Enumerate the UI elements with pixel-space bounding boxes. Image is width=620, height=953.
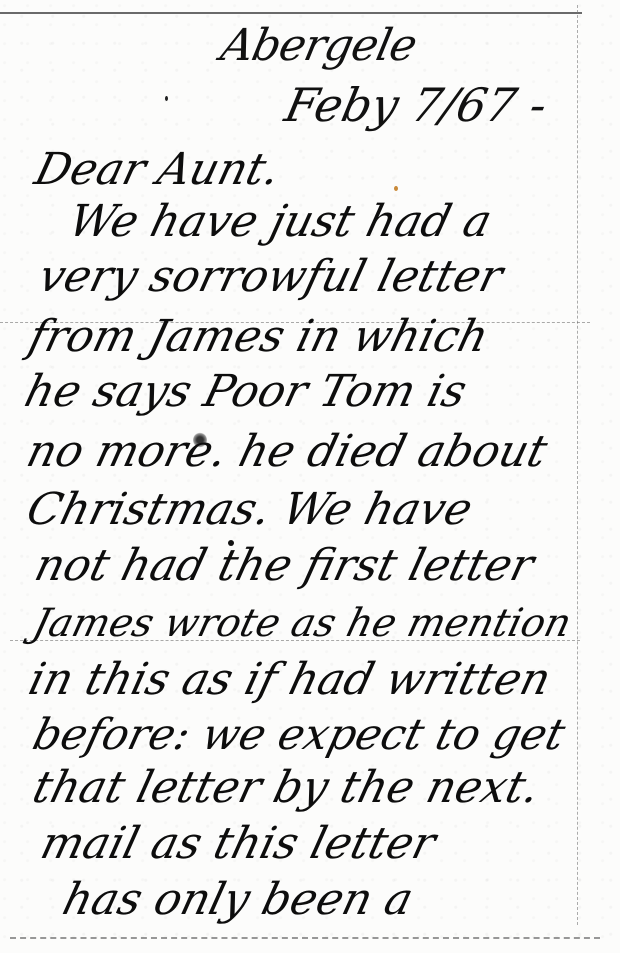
letter-page: Abergele Feby 7/67 - Dear Aunt. We have …: [0, 0, 620, 953]
letter-line: We have just had a: [65, 200, 496, 244]
letter-date: Feby 7/67 -: [280, 78, 552, 132]
letter-line: from James in which: [25, 315, 493, 359]
letter-line: mail as this letter: [37, 822, 440, 866]
letter-place: Abergele: [217, 20, 421, 71]
letter-line: no more. he died about: [23, 430, 552, 474]
letter-line: James wrote as he mention: [29, 604, 575, 643]
page-border-right: [577, 5, 579, 925]
rust-spot: [394, 186, 398, 191]
letter-salutation: Dear Aunt.: [31, 148, 285, 192]
letter-line: before: we expect to get: [29, 714, 569, 757]
letter-line: that letter by the next.: [29, 766, 544, 810]
ink-dot: [165, 96, 168, 101]
letter-line: very sorrowful letter: [35, 255, 507, 299]
letter-line: in this as if had written: [25, 658, 555, 702]
page-border-top: [0, 12, 582, 14]
letter-line: has only been a: [59, 878, 418, 922]
letter-line: Christmas. We have: [23, 488, 477, 532]
letter-line: he says Poor Tom is: [21, 370, 471, 414]
page-border-bottom: [10, 937, 600, 940]
letter-line: not had the first letter: [31, 544, 538, 588]
